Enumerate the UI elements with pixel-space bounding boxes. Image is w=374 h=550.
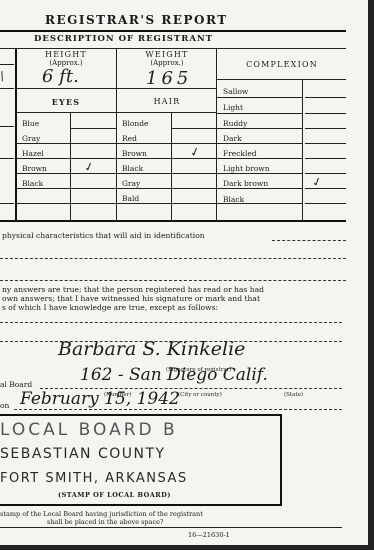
local-board-label: al Board	[0, 380, 32, 389]
divider	[305, 97, 346, 98]
section-subtitle: DESCRIPTION OF REGISTRANT	[34, 34, 213, 44]
hair-option-blonde: Blonde	[122, 119, 149, 128]
divider	[0, 527, 342, 528]
divider	[305, 203, 346, 204]
divider	[0, 158, 14, 159]
certification-line-2: own answers; that I have witnessed his s…	[2, 294, 260, 303]
footer-note-line-1: stamp of the Local Board having jurisdic…	[0, 510, 203, 518]
eyes-option-brown: Brown	[22, 164, 47, 173]
hair-label: HAIR	[117, 98, 217, 106]
height-label: HEIGHT	[16, 51, 116, 59]
divider	[305, 173, 346, 174]
divider	[117, 158, 216, 159]
fill-line	[272, 240, 346, 241]
weight-value: 165	[146, 68, 192, 89]
divider	[217, 79, 346, 80]
state-caption: (State)	[284, 392, 303, 398]
divider	[305, 128, 346, 129]
scan-border-bottom	[0, 545, 374, 550]
column-rule	[216, 48, 217, 220]
stamp-line-1: LOCAL BOARD B	[0, 420, 178, 440]
fill-line	[0, 280, 346, 281]
divider	[117, 188, 216, 189]
stamp-caption: (STAMP OF LOCAL BOARD)	[58, 491, 171, 499]
column-rule	[302, 80, 303, 220]
divider	[117, 173, 216, 174]
report-title: REGISTRAR'S REPORT	[45, 13, 228, 27]
divider	[217, 158, 302, 159]
eyes-option-hazel: Hazel	[22, 149, 44, 158]
local-board-value: 162 - San Diego Calif.	[80, 365, 268, 385]
registration-card: REGISTRAR'S REPORT DESCRIPTION OF REGIST…	[0, 0, 374, 550]
divider	[0, 220, 346, 222]
divider	[16, 158, 116, 159]
complexion-option-ruddy: Ruddy	[223, 119, 247, 128]
stamp-line-2: SEBASTIAN COUNTY	[0, 446, 166, 462]
divider	[71, 128, 116, 129]
divider	[16, 173, 116, 174]
footer-note-line-2: shall be placed in the above space?	[47, 518, 163, 526]
divider	[16, 112, 116, 113]
divider	[0, 30, 346, 32]
divider	[305, 188, 346, 189]
fill-line	[14, 409, 342, 410]
hair-option-black: Black	[122, 164, 143, 173]
divider	[305, 113, 346, 114]
fill-line	[0, 322, 342, 323]
eyes-option-black: Black	[22, 179, 43, 188]
eyes-label: EYES	[16, 98, 116, 106]
height-value: 6 ft.	[42, 66, 79, 87]
divider	[217, 128, 302, 129]
hair-option-bald: Bald	[122, 194, 139, 203]
divider	[217, 113, 302, 114]
divider	[172, 128, 216, 129]
date-value: February 15, 1942	[20, 389, 180, 409]
weight-sublabel: (Approx.)	[117, 59, 217, 67]
fill-line	[0, 258, 346, 259]
complexion-option-freckled: Freckled	[223, 149, 257, 158]
divider	[0, 48, 346, 49]
divider	[16, 203, 116, 204]
complexion-option-dark-brown: Dark brown	[223, 179, 268, 188]
partial-check-mark: /	[0, 69, 6, 84]
column-rule	[15, 48, 17, 220]
stamp-line-3: FORT SMITH, ARKANSAS	[0, 471, 188, 486]
divider	[117, 112, 216, 113]
complexion-option-dark: Dark	[223, 134, 242, 143]
complexion-option-light: Light	[223, 103, 243, 112]
city-caption: (City or county)	[178, 392, 222, 398]
divider	[217, 188, 302, 189]
weight-label: WEIGHT	[117, 51, 217, 59]
divider	[0, 203, 14, 204]
column-rule	[116, 48, 117, 220]
divider	[16, 143, 116, 144]
complexion-option-sallow: Sallow	[223, 87, 248, 96]
certification-line-3: s of which I have knowledge are true, ex…	[2, 303, 218, 312]
divider	[117, 143, 216, 144]
divider	[16, 188, 116, 189]
divider	[217, 203, 302, 204]
divider	[0, 64, 14, 65]
registrar-signature: Barbara S. Kinkelie	[58, 338, 245, 360]
divider	[0, 126, 14, 127]
certification-line-1: ny answers are true; that the person reg…	[2, 285, 264, 294]
divider	[0, 88, 14, 89]
form-number: 16—21630-1	[188, 531, 230, 539]
hair-option-gray: Gray	[122, 179, 140, 188]
divider	[217, 143, 302, 144]
date-label: on	[0, 401, 9, 410]
hair-option-brown: Brown	[122, 149, 147, 158]
eyes-option-blue: Blue	[22, 119, 39, 128]
scan-border-right	[368, 0, 374, 550]
complexion-option-light-brown: Light brown	[223, 164, 270, 173]
divider	[305, 143, 346, 144]
divider	[305, 158, 346, 159]
divider	[217, 173, 302, 174]
hair-option-red: Red	[122, 134, 137, 143]
divider	[16, 88, 116, 89]
divider	[117, 88, 216, 89]
physical-characteristics-label: physical characteristics that will aid i…	[2, 231, 205, 240]
eyes-option-gray: Gray	[22, 134, 40, 143]
divider	[117, 203, 216, 204]
divider	[217, 97, 302, 98]
complexion-label: COMPLEXION	[217, 61, 347, 69]
